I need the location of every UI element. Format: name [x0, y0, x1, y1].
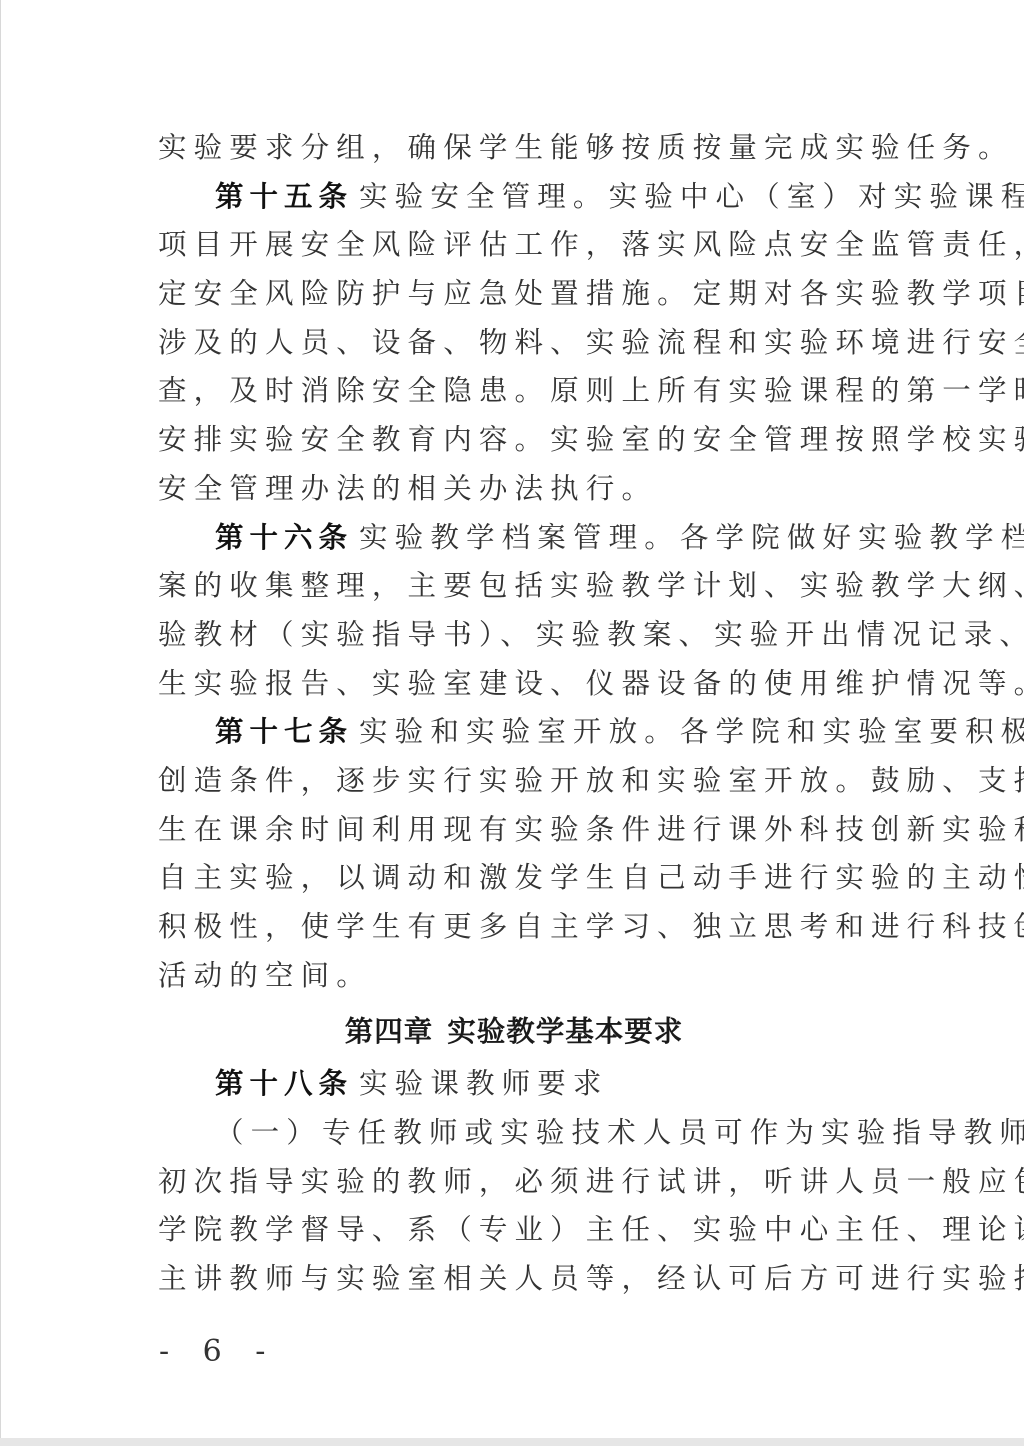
text-line: 安排实验安全教育内容。实验室的安全管理按照学校实验室	[158, 416, 870, 465]
article-16-first-line: 第十六条实验教学档案管理。各学院做好实验教学档	[158, 514, 870, 563]
chapter-heading: 第四章实验教学基本要求	[158, 1004, 870, 1060]
text-line: 学院教学督导、系（专业）主任、实验中心主任、理论课程	[158, 1206, 870, 1255]
text-line: 生在课余时间利用现有实验条件进行课外科技创新实验和	[158, 806, 870, 855]
text-line: 初次指导实验的教师，必须进行试讲，听讲人员一般应包括	[158, 1158, 870, 1207]
text-line: 生实验报告、实验室建设、仪器设备的使用维护情况等。	[158, 660, 870, 709]
text-line: 实验要求分组，确保学生能够按质按量完成实验任务。	[158, 124, 870, 173]
chapter-title: 实验教学基本要求	[447, 1015, 683, 1048]
text-line: 项目开展安全风险评估工作，落实风险点安全监管责任，制	[158, 221, 870, 270]
text-line: 主讲教师与实验室相关人员等，经认可后方可进行实验指	[158, 1255, 870, 1304]
text-line: 涉及的人员、设备、物料、实验流程和实验环境进行安全自	[158, 319, 870, 368]
article-number: 第十六条	[215, 521, 353, 554]
text-line: 创造条件，逐步实行实验开放和实验室开放。鼓励、支持学	[158, 757, 870, 806]
article-number: 第十八条	[215, 1067, 353, 1100]
article-18-heading: 第十八条实验课教师要求	[158, 1060, 870, 1109]
text-line: 查，及时消除安全隐患。原则上所有实验课程的第一学时应	[158, 367, 870, 416]
text-line: 积极性，使学生有更多自主学习、独立思考和进行科技创新	[158, 903, 870, 952]
article-15-first-line: 第十五条实验安全管理。实验中心（室）对实验课程	[158, 173, 870, 222]
text-line: 验教材（实验指导书）、实验教案、实验开出情况记录、学	[158, 611, 870, 660]
article-text: 实验安全管理。实验中心（室）对实验课程	[359, 180, 1024, 213]
article-text: 实验教学档案管理。各学院做好实验教学档	[359, 521, 1024, 554]
page-bottom-edge	[0, 1438, 1024, 1446]
text-line: 案的收集整理，主要包括实验教学计划、实验教学大纲、实	[158, 562, 870, 611]
text-line: 自主实验，以调动和激发学生自己动手进行实验的主动性和	[158, 854, 870, 903]
text-line: 安全管理办法的相关办法执行。	[158, 465, 870, 514]
page-number: - 6 -	[159, 1334, 277, 1369]
text-line: 活动的空间。	[158, 952, 870, 1001]
article-text: 实验和实验室开放。各学院和实验室要积极	[359, 715, 1024, 748]
document-page: 实验要求分组，确保学生能够按质按量完成实验任务。 第十五条实验安全管理。实验中心…	[0, 0, 1024, 1438]
document-body: 实验要求分组，确保学生能够按质按量完成实验任务。 第十五条实验安全管理。实验中心…	[158, 124, 870, 1304]
article-17-first-line: 第十七条实验和实验室开放。各学院和实验室要积极	[158, 708, 870, 757]
article-heading-text: 实验课教师要求	[359, 1067, 609, 1100]
text-line: 定安全风险防护与应急处置措施。定期对各实验教学项目所	[158, 270, 870, 319]
article-number: 第十七条	[215, 715, 353, 748]
item-1-first-line: （一）专任教师或实验技术人员可作为实验指导教师。	[158, 1109, 870, 1158]
article-number: 第十五条	[215, 180, 353, 213]
chapter-number: 第四章	[345, 1015, 434, 1048]
